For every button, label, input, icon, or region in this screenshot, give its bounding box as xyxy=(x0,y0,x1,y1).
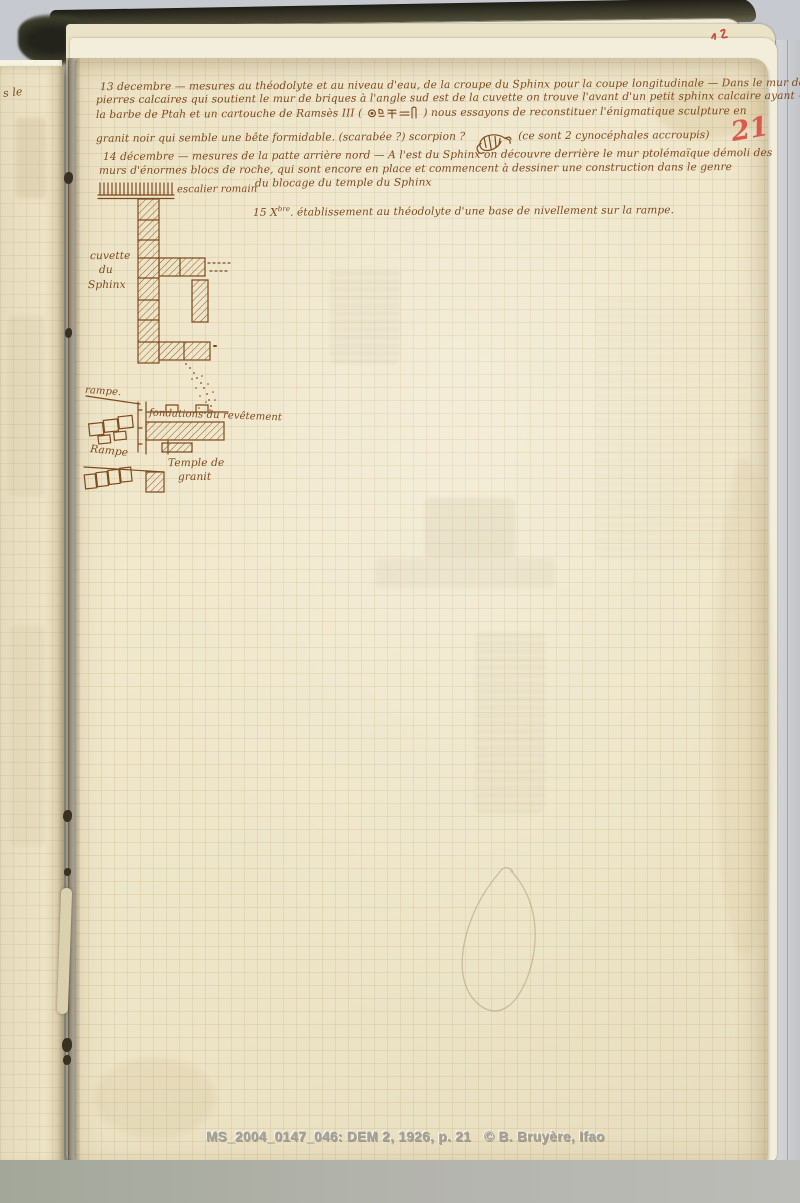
stitch-knot xyxy=(64,172,73,184)
label-rampe-upper: rampe. xyxy=(85,384,122,400)
stitch-knot xyxy=(63,810,72,822)
bleed-through-ghost xyxy=(375,558,555,588)
fore-edge-line xyxy=(787,40,788,1165)
bleed-through-ghost xyxy=(10,626,44,846)
pencil-oval-ghost xyxy=(447,863,557,1023)
entry-line: 15 Xbre. établissement au théodolyte d'u… xyxy=(253,201,674,220)
bleed-through-ghost xyxy=(475,633,545,813)
label-cuvette-du: du xyxy=(99,264,113,277)
stitch-knot xyxy=(63,1055,71,1065)
bleed-through-ghost xyxy=(8,316,44,496)
ramses-cartouche-hieroglyphs xyxy=(366,106,420,120)
entry-line: murs d'énormes blocs de roche, qui sont … xyxy=(99,161,732,178)
left-page-edge: s le xyxy=(0,66,64,1166)
stitch-knot xyxy=(62,1038,72,1052)
stitch-knot xyxy=(64,868,71,876)
bleed-through-ghost xyxy=(595,298,745,558)
label-cuvette: cuvette xyxy=(90,250,131,263)
paper-stain xyxy=(95,1058,215,1138)
bleed-through-ghost xyxy=(16,118,46,198)
notebook-page: 21 13 decembre — mesures au théodolyte e… xyxy=(75,58,768,1168)
label-temple-de: Temple de xyxy=(168,457,224,470)
entry-line: la barbe de Ptah et un cartouche de Rams… xyxy=(96,104,747,122)
scanned-notebook-spread: s le 21 13 decembre — mesures au théodol… xyxy=(0,0,800,1203)
bleed-through-ghost xyxy=(425,498,515,558)
footer-reference: MS_2004_0147_046: DEM 2, 1926, p. 21 xyxy=(206,1129,471,1144)
entry-line-text: . établissement au théodolyte d'une base… xyxy=(290,204,674,218)
scanner-background-bottom xyxy=(0,1160,800,1203)
label-granit: granit xyxy=(178,471,211,484)
left-page-text-fragment: s le xyxy=(2,85,23,100)
entry-line-text: (ce sont 2 cynocéphales accroupis) xyxy=(518,129,709,142)
stitch-knot xyxy=(65,328,72,338)
label-escalier-romain: escalier romain xyxy=(177,183,257,196)
bleed-through-ghost xyxy=(330,268,400,363)
entry-line-text: granit noir qui semble une bête formidab… xyxy=(96,131,465,145)
entry-line-text: ) nous essayons de reconstituer l'énigma… xyxy=(423,105,746,119)
entry-line-text: la barbe de Ptah et un cartouche de Rams… xyxy=(96,107,362,121)
binding-thread xyxy=(68,178,69,333)
footer-credit: © B. Bruyère, Ifao xyxy=(484,1129,605,1144)
label-cuvette-sphinx: Sphinx xyxy=(88,279,126,292)
